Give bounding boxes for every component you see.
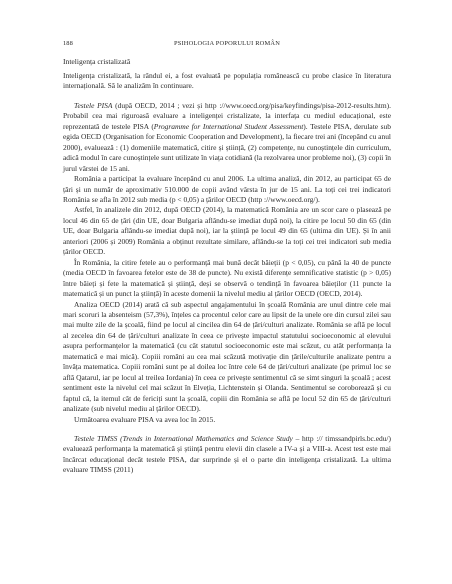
timss-title: Testele TIMSS (Trends in International M… (74, 434, 293, 443)
running-title: PSIHOLOGIA POPORULUI ROMÂN (63, 40, 391, 47)
pisa-title: Testele PISA (74, 101, 112, 110)
romania-paragraph: România a participat la evaluare începân… (63, 174, 391, 205)
section-heading: Inteligența cristalizată (63, 57, 391, 67)
timss-paragraph: Testele TIMSS (Trends in International M… (63, 434, 391, 476)
next-evaluation-paragraph: Următoarea evaluare PISA va avea loc în … (63, 415, 391, 425)
astfel-paragraph: Astfel, în analizele din 2012, după OECD… (63, 205, 391, 257)
intro-paragraph: Inteligența cristalizată, la rândul ei, … (63, 71, 391, 92)
pisa-paragraph: Testele PISA (după OECD, 2014 ; vezi și … (63, 101, 391, 174)
citire-paragraph: În România, la citire fetele au o perfor… (63, 258, 391, 300)
page-header: 188 PSIHOLOGIA POPORULUI ROMÂN (63, 40, 391, 52)
pisa-programme-name: Programme for International Student Asse… (154, 122, 304, 131)
analiza-paragraph: Analiza OECD (2014) arată că sub aspectu… (63, 300, 391, 415)
book-page: 188 PSIHOLOGIA POPORULUI ROMÂN Inteligen… (63, 40, 391, 476)
